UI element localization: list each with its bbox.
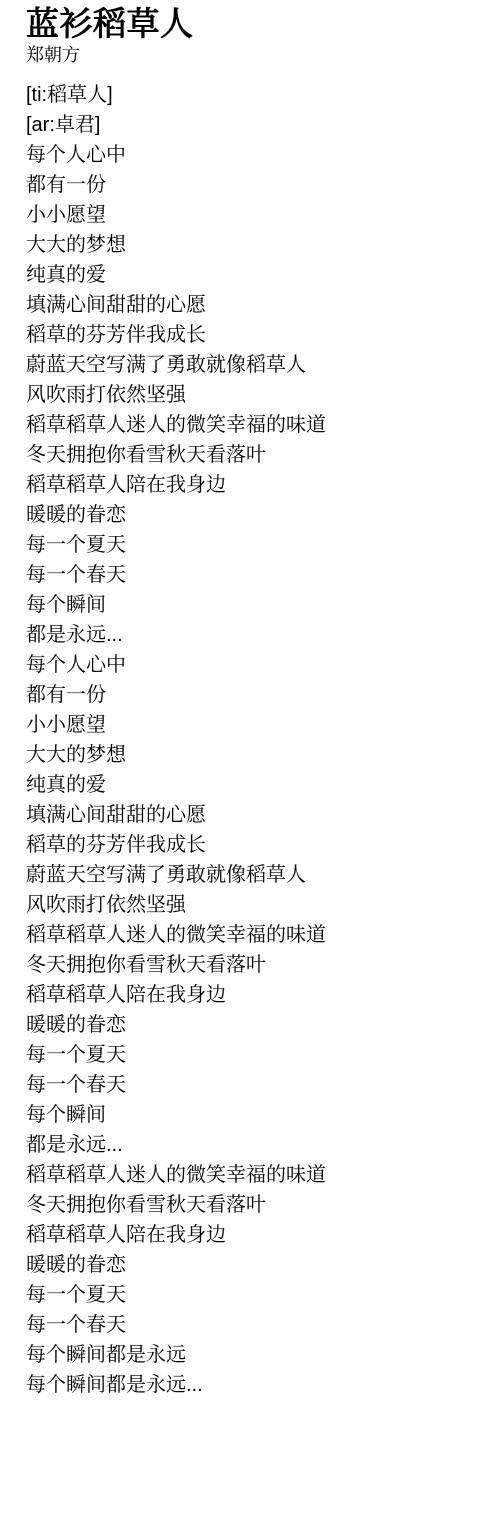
- lyric-line: 每一个夏天: [26, 530, 484, 560]
- lyric-line: 稻草的芬芳伴我成长: [26, 320, 484, 350]
- lyric-line: 填满心间甜甜的心愿: [26, 290, 484, 320]
- lyric-line: 每一个夏天: [26, 1040, 484, 1070]
- lyric-line: 每个瞬间都是永远: [26, 1340, 484, 1370]
- lyric-line: 纯真的爱: [26, 770, 484, 800]
- lyric-line: 暖暖的眷恋: [26, 500, 484, 530]
- lyric-line: 纯真的爱: [26, 260, 484, 290]
- lyric-line: 冬天拥抱你看雪秋天看落叶: [26, 1190, 484, 1220]
- lyric-line: 每一个春天: [26, 560, 484, 590]
- lyric-line: 每一个春天: [26, 1070, 484, 1100]
- lyric-line: 每一个春天: [26, 1310, 484, 1340]
- lyric-line: 稻草稻草人迷人的微笑幸福的味道: [26, 920, 484, 950]
- lyric-line: 都有一份: [26, 170, 484, 200]
- lyric-line: 稻草稻草人迷人的微笑幸福的味道: [26, 1160, 484, 1190]
- lyric-line: 暖暖的眷恋: [26, 1250, 484, 1280]
- page-title: 蓝衫稻草人: [26, 4, 484, 44]
- lyrics-section: [ti:稻草人][ar:卓君]每个人心中都有一份小小愿望大大的梦想纯真的爱填满心…: [26, 80, 484, 1400]
- lyric-line: 每个人心中: [26, 650, 484, 680]
- lyric-line: 都是永远...: [26, 1130, 484, 1160]
- artist-name: 郑朝方: [26, 44, 484, 66]
- lyric-line: 每个人心中: [26, 140, 484, 170]
- lyric-line: 冬天拥抱你看雪秋天看落叶: [26, 950, 484, 980]
- lyric-line: 蔚蓝天空写满了勇敢就像稻草人: [26, 860, 484, 890]
- lyric-line: 每个瞬间: [26, 1100, 484, 1130]
- lyric-line: 小小愿望: [26, 200, 484, 230]
- lyric-line: 稻草稻草人陪在我身边: [26, 1220, 484, 1250]
- lyric-line: 稻草稻草人迷人的微笑幸福的味道: [26, 410, 484, 440]
- lyrics-page: 蓝衫稻草人 郑朝方 [ti:稻草人][ar:卓君]每个人心中都有一份小小愿望大大…: [0, 0, 500, 1400]
- lyric-line: 暖暖的眷恋: [26, 1010, 484, 1040]
- lyric-line: [ti:稻草人]: [26, 80, 484, 110]
- lyric-line: 稻草稻草人陪在我身边: [26, 980, 484, 1010]
- lyric-line: 填满心间甜甜的心愿: [26, 800, 484, 830]
- lyric-line: [ar:卓君]: [26, 110, 484, 140]
- lyric-line: 每一个夏天: [26, 1280, 484, 1310]
- lyric-line: 稻草的芬芳伴我成长: [26, 830, 484, 860]
- lyric-line: 稻草稻草人陪在我身边: [26, 470, 484, 500]
- lyric-line: 大大的梦想: [26, 740, 484, 770]
- lyric-line: 风吹雨打依然坚强: [26, 890, 484, 920]
- lyric-line: 蔚蓝天空写满了勇敢就像稻草人: [26, 350, 484, 380]
- lyric-line: 小小愿望: [26, 710, 484, 740]
- lyric-line: 都有一份: [26, 680, 484, 710]
- lyric-line: 每个瞬间都是永远...: [26, 1370, 484, 1400]
- lyric-line: 风吹雨打依然坚强: [26, 380, 484, 410]
- lyric-line: 每个瞬间: [26, 590, 484, 620]
- lyric-line: 都是永远...: [26, 620, 484, 650]
- lyric-line: 冬天拥抱你看雪秋天看落叶: [26, 440, 484, 470]
- lyric-line: 大大的梦想: [26, 230, 484, 260]
